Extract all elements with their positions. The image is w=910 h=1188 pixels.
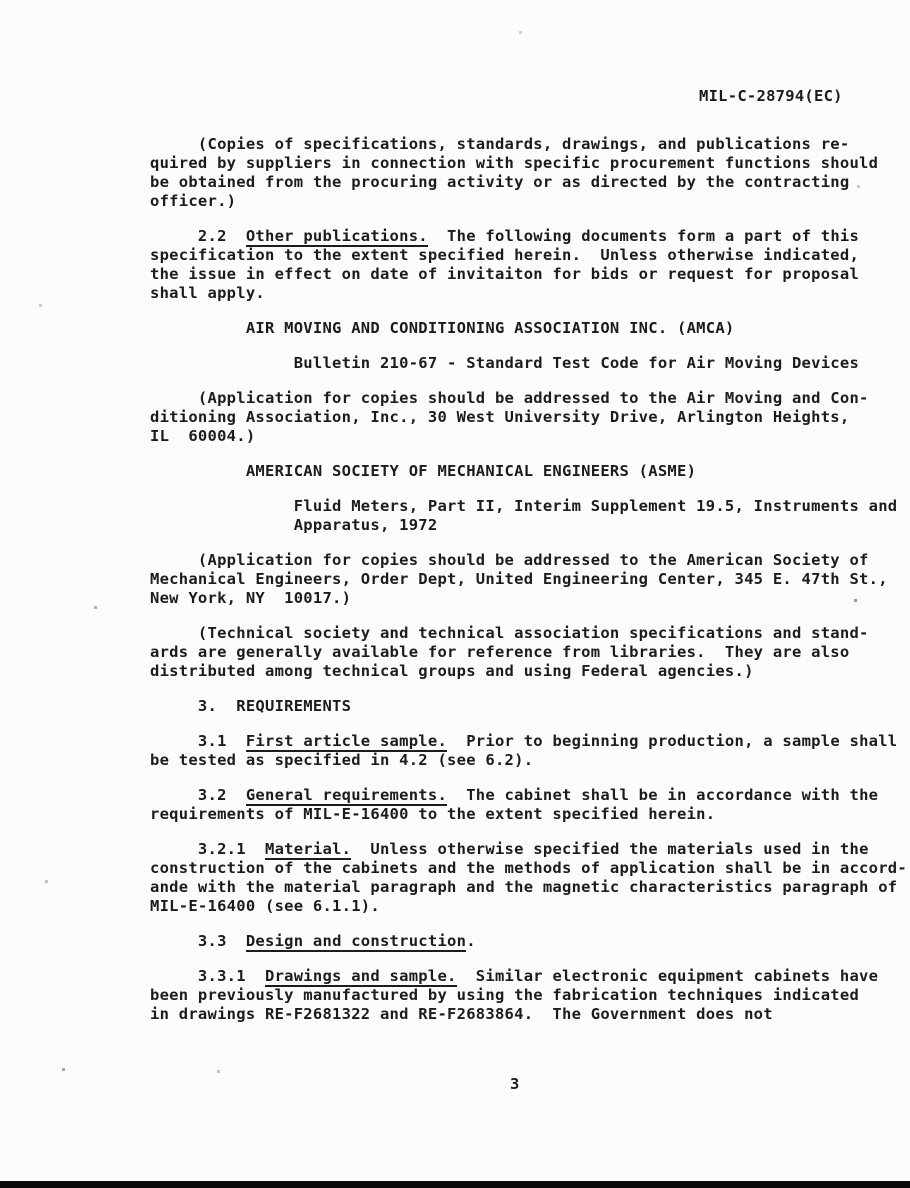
text-line: Mechanical Engineers, Order Dept, United… xyxy=(150,570,895,589)
underlined-heading-text: First article sample. xyxy=(246,732,447,752)
underlined-heading-text: Drawings and sample. xyxy=(265,967,457,987)
text-line: 3.3 Design and construction. xyxy=(150,932,895,951)
text-segment: MIL-E-16400 (see 6.1.1). xyxy=(150,897,380,915)
text-line: (Application for copies should be addres… xyxy=(150,551,895,570)
text-segment: requirements of MIL-E-16400 to the exten… xyxy=(150,805,715,823)
text-segment: (Application for copies should be addres… xyxy=(150,389,869,407)
text-segment: construction of the cabinets and the met… xyxy=(150,859,907,877)
text-segment: Prior to beginning production, a sample … xyxy=(447,732,897,750)
para-3-2-1-material: 3.2.1 Material. Unless otherwise specifi… xyxy=(150,840,895,916)
text-segment: the issue in effect on date of invitaito… xyxy=(150,265,859,283)
text-segment: Fluid Meters, Part II, Interim Supplemen… xyxy=(150,497,897,515)
text-line: distributed among technical groups and u… xyxy=(150,662,895,681)
text-segment: distributed among technical groups and u… xyxy=(150,662,754,680)
text-segment: in drawings RE-F2681322 and RE-F2683864.… xyxy=(150,1005,773,1023)
text-line: in drawings RE-F2681322 and RE-F2683864.… xyxy=(150,1005,895,1024)
heading-3-3-design-and-construction: 3.3 Design and construction. xyxy=(150,932,895,951)
text-segment: 3. REQUIREMENTS xyxy=(150,697,351,715)
text-line: (Application for copies should be addres… xyxy=(150,389,895,408)
heading-amca: AIR MOVING AND CONDITIONING ASSOCIATION … xyxy=(150,319,895,338)
text-segment: New York, NY 10017.) xyxy=(150,589,351,607)
text-segment: ande with the material paragraph and the… xyxy=(150,878,897,896)
para-3-1-first-article-sample: 3.1 First article sample. Prior to begin… xyxy=(150,732,895,770)
text-segment: Bulletin 210-67 - Standard Test Code for… xyxy=(150,354,859,372)
text-line: IL 60004.) xyxy=(150,427,895,446)
text-line: 2.2 Other publications. The following do… xyxy=(150,227,895,246)
text-segment: be tested as specified in 4.2 (see 6.2). xyxy=(150,751,533,769)
text-segment: Unless otherwise specified the materials… xyxy=(351,840,868,858)
text-segment: The following documents form a part of t… xyxy=(428,227,859,245)
underlined-heading-text: Material. xyxy=(265,840,351,860)
text-segment: be obtained from the procuring activity … xyxy=(150,173,849,191)
text-segment: 3.3 xyxy=(150,932,246,950)
text-line: 3.2 General requirements. The cabinet sh… xyxy=(150,786,895,805)
text-line: AIR MOVING AND CONDITIONING ASSOCIATION … xyxy=(150,319,895,338)
text-line: shall apply. xyxy=(150,284,895,303)
text-line: quired by suppliers in connection with s… xyxy=(150,154,895,173)
text-segment: 3.3.1 xyxy=(150,967,265,985)
text-segment: Apparatus, 1972 xyxy=(150,516,437,534)
document-body: (Copies of specifications, standards, dr… xyxy=(150,135,895,1024)
text-line: Apparatus, 1972 xyxy=(150,516,895,535)
para-copies-note: (Copies of specifications, standards, dr… xyxy=(150,135,895,211)
text-segment: 3.1 xyxy=(150,732,246,750)
text-line: ards are generally available for referen… xyxy=(150,643,895,662)
text-segment: specification to the extent specified he… xyxy=(150,246,859,264)
text-line: the issue in effect on date of invitaito… xyxy=(150,265,895,284)
document-number-header: MIL-C-28794(EC) xyxy=(699,87,843,105)
scan-edge-bar xyxy=(0,1181,910,1188)
text-segment: . xyxy=(466,932,476,950)
text-segment: AMERICAN SOCIETY OF MECHANICAL ENGINEERS… xyxy=(150,462,696,480)
text-segment: ditioning Association, Inc., 30 West Uni… xyxy=(150,408,849,426)
text-segment: (Technical society and technical associa… xyxy=(150,624,869,642)
text-segment: ards are generally available for referen… xyxy=(150,643,849,661)
scan-speckle xyxy=(0,0,1,1)
text-segment: been previously manufactured by using th… xyxy=(150,986,859,1004)
text-line: specification to the extent specified he… xyxy=(150,246,895,265)
text-line: New York, NY 10017.) xyxy=(150,589,895,608)
text-line: Fluid Meters, Part II, Interim Supplemen… xyxy=(150,497,895,516)
para-3-2-general-requirements: 3.2 General requirements. The cabinet sh… xyxy=(150,786,895,824)
text-line: be tested as specified in 4.2 (see 6.2). xyxy=(150,751,895,770)
text-line: MIL-E-16400 (see 6.1.1). xyxy=(150,897,895,916)
ref-fluid-meters: Fluid Meters, Part II, Interim Supplemen… xyxy=(150,497,895,535)
text-segment: 2.2 xyxy=(150,227,246,245)
text-line: be obtained from the procuring activity … xyxy=(150,173,895,192)
text-segment: officer.) xyxy=(150,192,236,210)
text-segment: Similar electronic equipment cabinets ha… xyxy=(457,967,879,985)
text-line: requirements of MIL-E-16400 to the exten… xyxy=(150,805,895,824)
para-amca-address: (Application for copies should be addres… xyxy=(150,389,895,446)
text-line: 3.1 First article sample. Prior to begin… xyxy=(150,732,895,751)
text-line: ande with the material paragraph and the… xyxy=(150,878,895,897)
page-number: 3 xyxy=(510,1075,520,1093)
heading-3-requirements: 3. REQUIREMENTS xyxy=(150,697,895,716)
text-line: (Copies of specifications, standards, dr… xyxy=(150,135,895,154)
text-segment: (Copies of specifications, standards, dr… xyxy=(150,135,849,153)
para-2-2-other-publications: 2.2 Other publications. The following do… xyxy=(150,227,895,303)
text-line: construction of the cabinets and the met… xyxy=(150,859,895,878)
text-segment: Mechanical Engineers, Order Dept, United… xyxy=(150,570,888,588)
text-segment: 3.2 xyxy=(150,786,246,804)
text-segment: The cabinet shall be in accordance with … xyxy=(447,786,878,804)
text-segment: (Application for copies should be addres… xyxy=(150,551,869,569)
text-line: been previously manufactured by using th… xyxy=(150,986,895,1005)
underlined-heading-text: Design and construction xyxy=(246,932,466,952)
para-technical-society-note: (Technical society and technical associa… xyxy=(150,624,895,681)
para-3-3-1-drawings-and-sample: 3.3.1 Drawings and sample. Similar elect… xyxy=(150,967,895,1024)
text-segment: AIR MOVING AND CONDITIONING ASSOCIATION … xyxy=(150,319,735,337)
underlined-heading-text: Other publications. xyxy=(246,227,428,247)
text-segment: quired by suppliers in connection with s… xyxy=(150,154,878,172)
heading-asme: AMERICAN SOCIETY OF MECHANICAL ENGINEERS… xyxy=(150,462,895,481)
scanned-document-page: MIL-C-28794(EC) (Copies of specification… xyxy=(0,0,910,1188)
para-asme-address: (Application for copies should be addres… xyxy=(150,551,895,608)
text-line: (Technical society and technical associa… xyxy=(150,624,895,643)
text-line: 3.3.1 Drawings and sample. Similar elect… xyxy=(150,967,895,986)
text-line: ditioning Association, Inc., 30 West Uni… xyxy=(150,408,895,427)
text-segment: IL 60004.) xyxy=(150,427,255,445)
text-line: 3.2.1 Material. Unless otherwise specifi… xyxy=(150,840,895,859)
text-line: Bulletin 210-67 - Standard Test Code for… xyxy=(150,354,895,373)
text-segment: 3.2.1 xyxy=(150,840,265,858)
text-segment: shall apply. xyxy=(150,284,265,302)
ref-bulletin-210-67: Bulletin 210-67 - Standard Test Code for… xyxy=(150,354,895,373)
text-line: officer.) xyxy=(150,192,895,211)
text-line: AMERICAN SOCIETY OF MECHANICAL ENGINEERS… xyxy=(150,462,895,481)
underlined-heading-text: General requirements. xyxy=(246,786,447,806)
text-line: 3. REQUIREMENTS xyxy=(150,697,895,716)
